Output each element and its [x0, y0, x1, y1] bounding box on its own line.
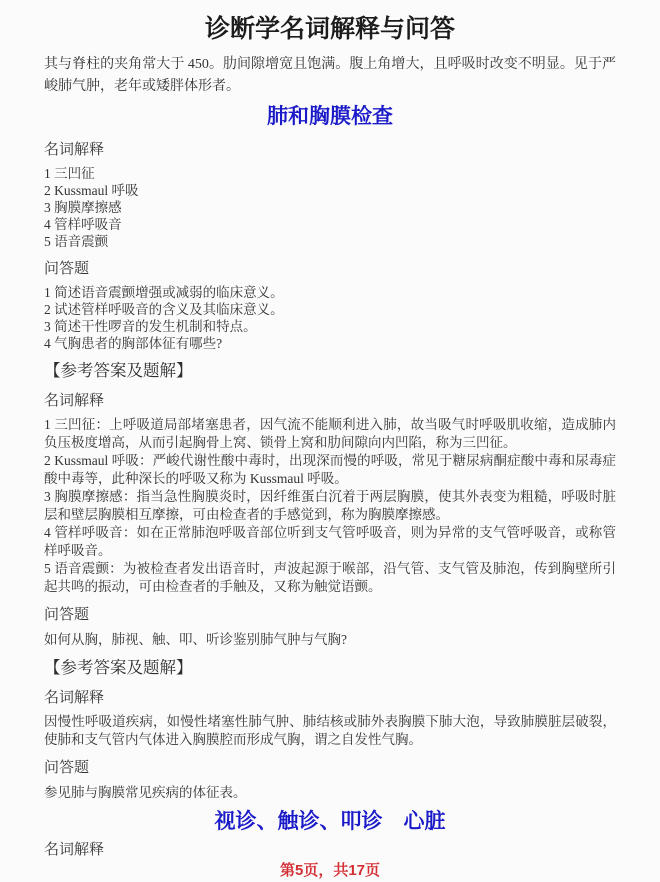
terms-list: 1 三凹征 2 Kussmaul 呼吸 3 胸膜摩擦感 4 管样呼吸音 5 语音… [44, 165, 616, 250]
terms-label: 名词解释 [44, 140, 616, 160]
section-heading-lung-pleura: 肺和胸膜检查 [44, 103, 616, 131]
answer2-paragraph: 因慢性呼吸道疾病，如慢性堵塞性肺气肿、肺结核或肺外表胸膜下肺大泡，导致肺膜脏层破… [44, 713, 616, 749]
term-item: 3 胸膜摩擦感 [44, 199, 616, 216]
term-item: 4 管样呼吸音 [44, 216, 616, 233]
term-answers-block: 1 三凹征：上呼吸道局部堵塞患者，因气流不能顺利进入肺，故当吸气时呼吸肌收缩，造… [44, 416, 616, 596]
term-item: 2 Kussmaul 呼吸 [44, 182, 616, 199]
questions-label: 问答题 [44, 259, 616, 279]
questions2-label: 问答题 [44, 605, 616, 625]
term-answer: 4 管样呼吸音：如在正常肺泡呼吸音部位听到支气管呼吸音，则为异常的支气管呼吸音，… [44, 524, 616, 560]
term-item: 5 语音震颤 [44, 233, 616, 250]
document-page: 诊断学名词解释与问答 其与脊柱的夹角常大于 450。肋间隙增宽且饱满。腹上角增大… [0, 0, 660, 882]
heart-terms-label: 名词解释 [44, 840, 616, 860]
section-heading-heart: 视诊、触诊、叩诊 心脏 [44, 808, 616, 836]
reference-answers-header-2: 【参考答案及题解】 [44, 657, 616, 679]
reference-answers-header: 【参考答案及题解】 [44, 360, 616, 382]
question-item: 2 试述管样呼吸音的含义及其临床意义。 [44, 301, 616, 318]
term-item: 1 三凹征 [44, 165, 616, 182]
question2-text: 如何从胸，肺视、触、叩、听诊鉴别肺气肿与气胸? [44, 631, 616, 649]
question-item: 1 简述语音震颤增强或减弱的临床意义。 [44, 284, 616, 301]
page-title: 诊断学名词解释与问答 [44, 12, 616, 46]
term-answer: 1 三凹征：上呼吸道局部堵塞患者，因气流不能顺利进入肺，故当吸气时呼吸肌收缩，造… [44, 416, 616, 452]
intro-paragraph: 其与脊柱的夹角常大于 450。肋间隙增宽且饱满。腹上角增大，且呼吸时改变不明显。… [44, 54, 616, 98]
questions-list: 1 简述语音震颤增强或减弱的临床意义。 2 试述管样呼吸音的含义及其临床意义。 … [44, 284, 616, 352]
term-answer: 5 语音震颤：为被检查者发出语音时，声波起源于喉部，沿气管、支气管及肺泡，传到胸… [44, 560, 616, 596]
question-item: 4 气胸患者的胸部体征有哪些? [44, 335, 616, 352]
term-answer: 2 Kussmaul 呼吸：严峻代谢性酸中毒时，出现深而慢的呼吸，常见于糖尿病酮… [44, 452, 616, 488]
answer-terms-label: 名词解释 [44, 391, 616, 411]
page-number-footer: 第5页，共17页 [44, 861, 616, 881]
answer2-terms-label: 名词解释 [44, 688, 616, 708]
questions3-label: 问答题 [44, 758, 616, 778]
term-answer: 3 胸膜摩擦感：指当急性胸膜炎时，因纤维蛋白沉着于两层胸膜，使其外表变为粗糙，呼… [44, 488, 616, 524]
question-item: 3 简述干性啰音的发生机制和特点。 [44, 318, 616, 335]
answer3-text: 参见肺与胸膜常见疾病的体征表。 [44, 784, 616, 802]
